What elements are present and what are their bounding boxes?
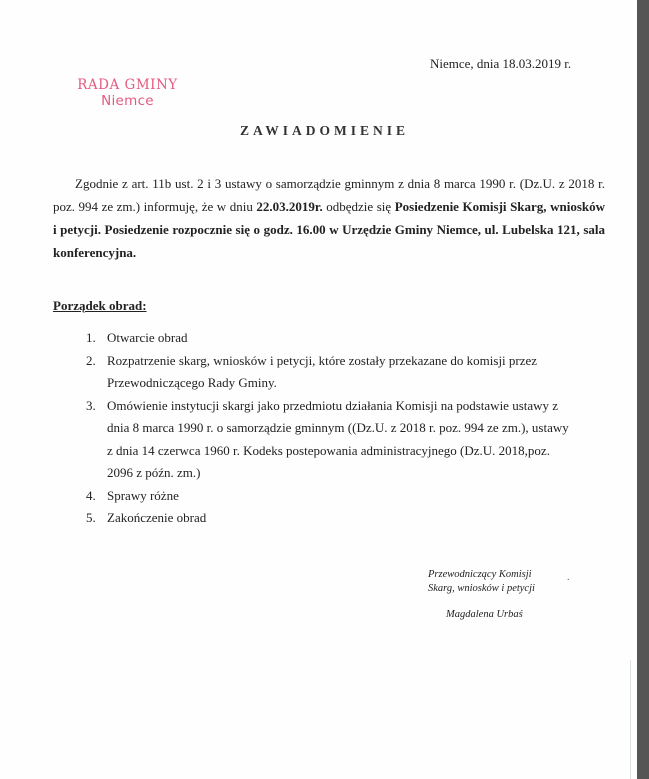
meeting-date: 22.03.2019r.	[256, 199, 322, 214]
paragraph-text-2: odbędzie się	[323, 199, 395, 214]
date-line: Niemce, dnia 18.03.2019 r.	[430, 56, 571, 72]
notice-paragraph: Zgodnie z art. 11b ust. 2 i 3 ustawy o s…	[53, 172, 605, 264]
agenda-item: 1. Otwarcie obrad	[53, 327, 573, 350]
signature-block: Przewodniczący Komisji Skarg, wniosków i…	[428, 568, 578, 622]
agenda-item-number: 3.	[86, 395, 96, 418]
agenda-item: 2. Rozpatrzenie skarg, wniosków i petycj…	[53, 350, 573, 395]
stray-mark: .	[567, 572, 570, 583]
signature-name: Magdalena Urbaś	[428, 608, 578, 622]
stamp-line-1: RADA GMINY	[70, 77, 185, 93]
scrollbar-track[interactable]	[637, 0, 649, 779]
agenda-item-text: Zakończenie obrad	[107, 510, 206, 525]
agenda-item-number: 2.	[86, 350, 96, 373]
agenda-item: 5. Zakończenie obrad	[53, 507, 573, 530]
agenda-item-number: 5.	[86, 507, 96, 530]
agenda-item-text: Otwarcie obrad	[107, 330, 188, 345]
page-edge-line	[630, 660, 631, 779]
document-page: Niemce, dnia 18.03.2019 r. RADA GMINY Ni…	[0, 0, 637, 779]
stamp-line-2: Niemce	[70, 93, 185, 109]
agenda-heading: Porządek obrad:	[53, 298, 147, 314]
agenda-item-number: 4.	[86, 485, 96, 508]
agenda-item-text: Omówienie instytucji skargi jako przedmi…	[107, 398, 569, 481]
agenda-item-text: Rozpatrzenie skarg, wniosków i petycji, …	[107, 353, 537, 391]
signature-role-1: Przewodniczący Komisji	[428, 568, 578, 582]
agenda-item: 3. Omówienie instytucji skargi jako prze…	[53, 395, 573, 485]
agenda-item: 4. Sprawy różne	[53, 485, 573, 508]
agenda-list: 1. Otwarcie obrad 2. Rozpatrzenie skarg,…	[53, 327, 573, 530]
document-title: ZAWIADOMIENIE	[0, 123, 649, 139]
signature-role-2: Skarg, wniosków i petycji	[428, 582, 578, 596]
council-stamp: RADA GMINY Niemce	[70, 77, 185, 109]
agenda-item-text: Sprawy różne	[107, 488, 179, 503]
agenda-item-number: 1.	[86, 327, 96, 350]
